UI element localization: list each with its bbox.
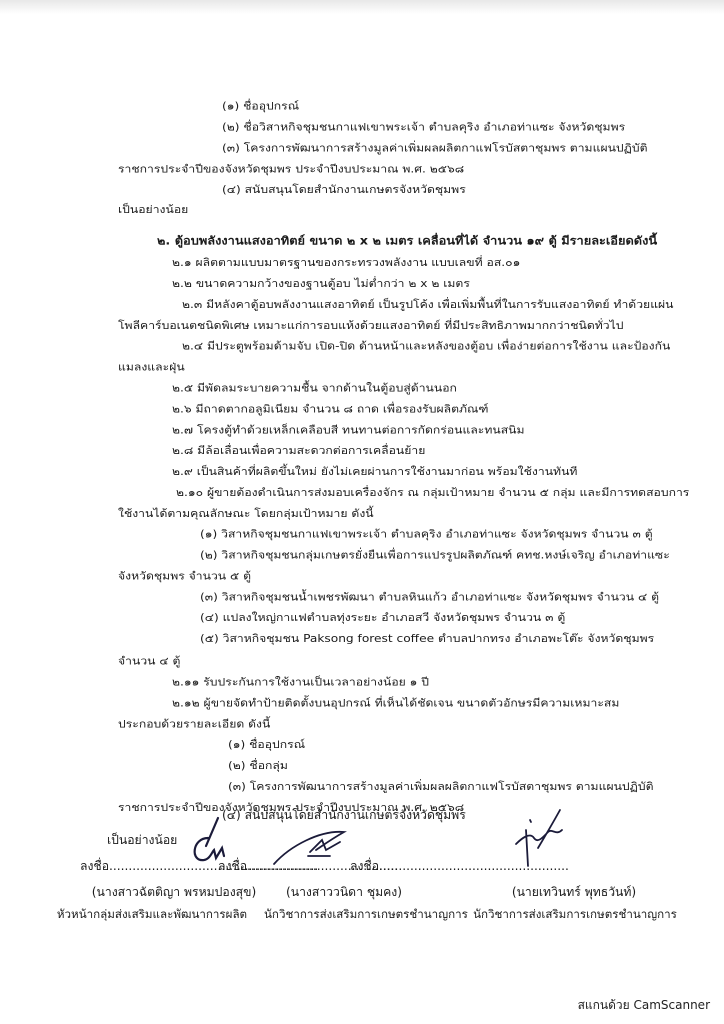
spec-2-3-cont: โพลีคาร์บอเนตชนิดพิเศษ เหมาะแก่การอบแห้ง… xyxy=(118,318,624,332)
signer-1-position: หัวหน้ากลุ่มส่งเสริมและพัฒนาการผลิต xyxy=(44,906,260,922)
label-item-1: (๑) ชื่ออุปกรณ์ xyxy=(228,738,305,752)
spec-2-4: ๒.๔ มีประตูพร้อมด้ามจับ เปิด-ปิด ด้านหน้… xyxy=(182,339,670,353)
group-2-cont: จังหวัดชุมพร จำนวน ๕ ตู้ xyxy=(118,569,251,583)
s1-item-4: (๔) สนับสนุนโดยสำนักงานเกษตรจังหวัดชุมพร xyxy=(222,183,466,197)
group-5-cont: จำนวน ๔ ตู้ xyxy=(118,654,180,668)
spec-2-7: ๒.๗ โครงตู้ทำด้วยเหล็กเคลือบสี ทนทานต่อก… xyxy=(172,423,525,437)
label-item-4: (๔) สนับสนุนโดยสำนักงานเกษตรจังหวัดชุมพร xyxy=(222,807,466,823)
spec-2-8: ๒.๘ มีล้อเลื่อนเพื่อความสะดวกต่อการเคลื่… xyxy=(172,444,425,458)
s1-item-3-cont: ราชการประจำปีของจังหวัดชุมพร ประจำปีงบปร… xyxy=(118,162,464,176)
signer-3-name: (นายเทวินทร์ พุทธวันท์) xyxy=(484,884,664,900)
spec-2-4-cont: แมลงและฝุ่น xyxy=(118,360,185,374)
spec-2-11: ๒.๑๑ รับประกันการใช้งานเป็นเวลาอย่างน้อย… xyxy=(172,675,429,689)
spec-2-10: ๒.๑๐ ผู้ขายต้องดำเนินการส่งมอบเครื่องจัก… xyxy=(176,485,689,499)
s1-item-3: (๓) โครงการพัฒนาการสร้างมูลค่าเพิ่มผลผลิ… xyxy=(222,141,648,155)
group-3: (๓) วิสาหกิจชุมชนน้ำเพชรพัฒนา ตำบลหินแก้… xyxy=(200,590,659,604)
spec-2-12: ๒.๑๒ ผู้ขายจัดทำป้ายติดตั้งบนอุปกรณ์ ที่… xyxy=(172,696,619,710)
s2-closing: เป็นอย่างน้อย xyxy=(107,832,177,848)
signer-3-position: นักวิชาการส่งเสริมการเกษตรชำนาญการ xyxy=(470,906,680,922)
spec-2-2: ๒.๒ ขนาดความกว้างของฐานตู้อบ ไม่ต่ำกว่า … xyxy=(172,277,470,291)
spec-2-9: ๒.๙ เป็นสินค้าที่ผลิตขึ้นใหม่ ยังไม่เคยผ… xyxy=(172,465,577,479)
s1-item-1: (๑) ชื่ออุปกรณ์ xyxy=(222,99,299,113)
signature-mark-2 xyxy=(270,826,360,866)
section2-heading: ๒. ตู้อบพลังงานแสงอาทิตย์ ขนาด ๒ x ๒ เมต… xyxy=(157,235,657,249)
label-item-3: (๓) โครงการพัฒนาการสร้างมูลค่าเพิ่มผลผลิ… xyxy=(228,780,654,794)
spec-2-3: ๒.๓ มีหลังคาตู้อบพลังงานแสงอาทิตย์ เป็นร… xyxy=(182,298,674,312)
spec-2-6: ๒.๖ มีถาดตากอลูมิเนียม จำนวน ๘ ถาด เพื่อ… xyxy=(172,402,488,416)
group-4: (๔) แปลงใหญ่กาแฟตำบลทุ่งระยะ อำเภอสวี จั… xyxy=(200,611,565,625)
label-item-2: (๒) ชื่อกลุ่ม xyxy=(228,759,288,773)
group-2: (๒) วิสาหกิจชุมชนกลุ่มเกษตรยั่งยืนเพื่อก… xyxy=(200,548,670,562)
spec-2-10-cont: ใช้งานได้ตามคุณลักษณะ โดยกลุ่มเป้าหมาย ด… xyxy=(118,506,374,520)
spec-2-1: ๒.๑ ผลิตตามแบบมาตรฐานของกระทรวงพลังงาน แ… xyxy=(172,256,520,270)
camscanner-watermark: สแกนด้วย CamScanner xyxy=(578,996,710,1015)
spec-2-12-cont: ประกอบด้วยรายละเอียด ดังนี้ xyxy=(118,717,270,731)
s1-item-2: (๒) ชื่อวิสาหกิจชุมชนกาแฟเขาพระเจ้า ตำบล… xyxy=(222,120,625,134)
group-5: (๕) วิสาหกิจชุมชน Paksong forest coffee … xyxy=(200,632,654,646)
spec-2-5: ๒.๕ มีพัดลมระบายความชื้น จากด้านในตู้อบส… xyxy=(172,381,457,395)
signature-mark-1 xyxy=(178,816,238,866)
signature-mark-3 xyxy=(500,808,580,868)
group-1: (๑) วิสาหกิจชุมชนกาแฟเขาพระเจ้า ตำบลคุริ… xyxy=(200,527,653,541)
document-page: (๑) ชื่ออุปกรณ์ (๒) ชื่อวิสาหกิจชุมชนกาแ… xyxy=(0,0,724,891)
s1-closing: เป็นอย่างน้อย xyxy=(118,203,188,217)
signer-2-name: (นางสาววนิดา ชุมคง) xyxy=(264,884,424,900)
signer-1-name: (นางสาวฉัตติญา พรหมปองสุข) xyxy=(84,884,264,900)
signer-2-position: นักวิชาการส่งเสริมการเกษตรชำนาญการ xyxy=(264,906,464,922)
